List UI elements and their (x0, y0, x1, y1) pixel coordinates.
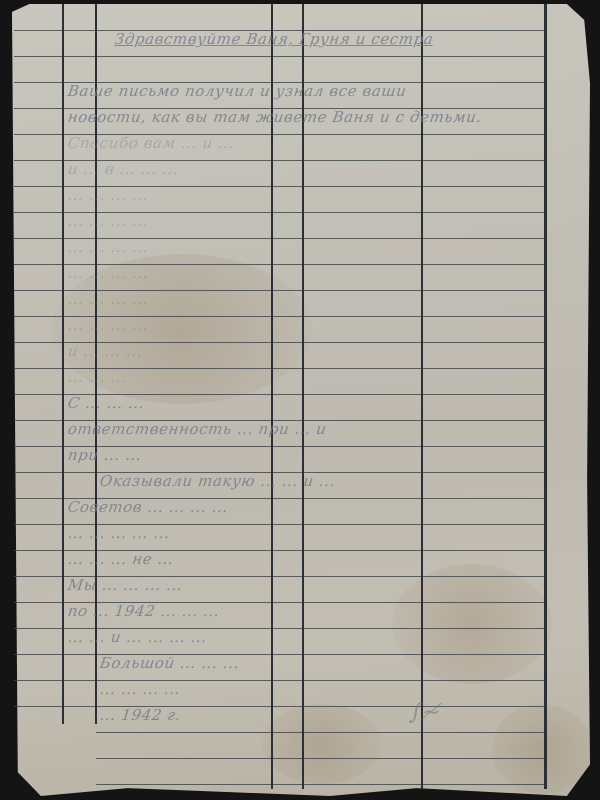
signature: ∫≁ (408, 700, 443, 725)
ruled-line (96, 784, 544, 785)
ruled-line (14, 680, 544, 681)
letter-line: ... ... ... ... (67, 316, 150, 334)
letter-line: ... ... ... ... (67, 238, 150, 256)
letter-line: Большой ... ... ... (99, 654, 241, 672)
ruled-line (14, 706, 544, 707)
letter-line: ... 1942 г. (99, 706, 182, 724)
letter-line: ответственность ... при ... и (67, 420, 328, 438)
letter-line: Оказывали такую ... ... и ... (99, 472, 337, 490)
letter-line: Спасибо вам ... и ... (67, 134, 236, 152)
ruled-line (14, 56, 544, 57)
letter-line: ... ... ... ... (99, 680, 182, 698)
column-rule (544, 4, 547, 789)
letter-line: ... ... ... ... (67, 290, 150, 308)
letter-line: ... ... и ... ... ... ... (67, 628, 209, 646)
letter-line: Ваше письмо получил и узнал все ваши (67, 82, 408, 100)
letter-line: по ... 1942 ... ... ... (67, 602, 221, 620)
letter-line: ... ... ... (67, 368, 129, 386)
letter-line: и ... в ... ... ... (67, 160, 180, 178)
letter-line: Советов ... ... ... ... (67, 498, 230, 516)
ruled-line (96, 758, 544, 759)
letter-line: Мы ... ... ... ... (67, 576, 184, 594)
letter-line: ... ... ... не ... (67, 550, 175, 568)
letter-line: ... ... ... ... (67, 264, 150, 282)
ruled-line (14, 654, 544, 655)
letter-line: и ... ... ... (67, 342, 144, 360)
letter-line: С ... ... ... (67, 394, 146, 412)
letter-greeting: Здравствуйте Ваня, Груня и сестра (114, 30, 435, 48)
ruled-line (96, 732, 544, 733)
letter-line: ... ... ... ... (67, 186, 150, 204)
column-rule (62, 4, 64, 724)
letter-line: ... ... ... ... ... (67, 524, 172, 542)
letter-line: при ... ... (67, 446, 143, 464)
letter-line: новости, как вы там живете Ваня и с деть… (67, 108, 484, 126)
letter-line: ... ... ... ... (67, 212, 150, 230)
